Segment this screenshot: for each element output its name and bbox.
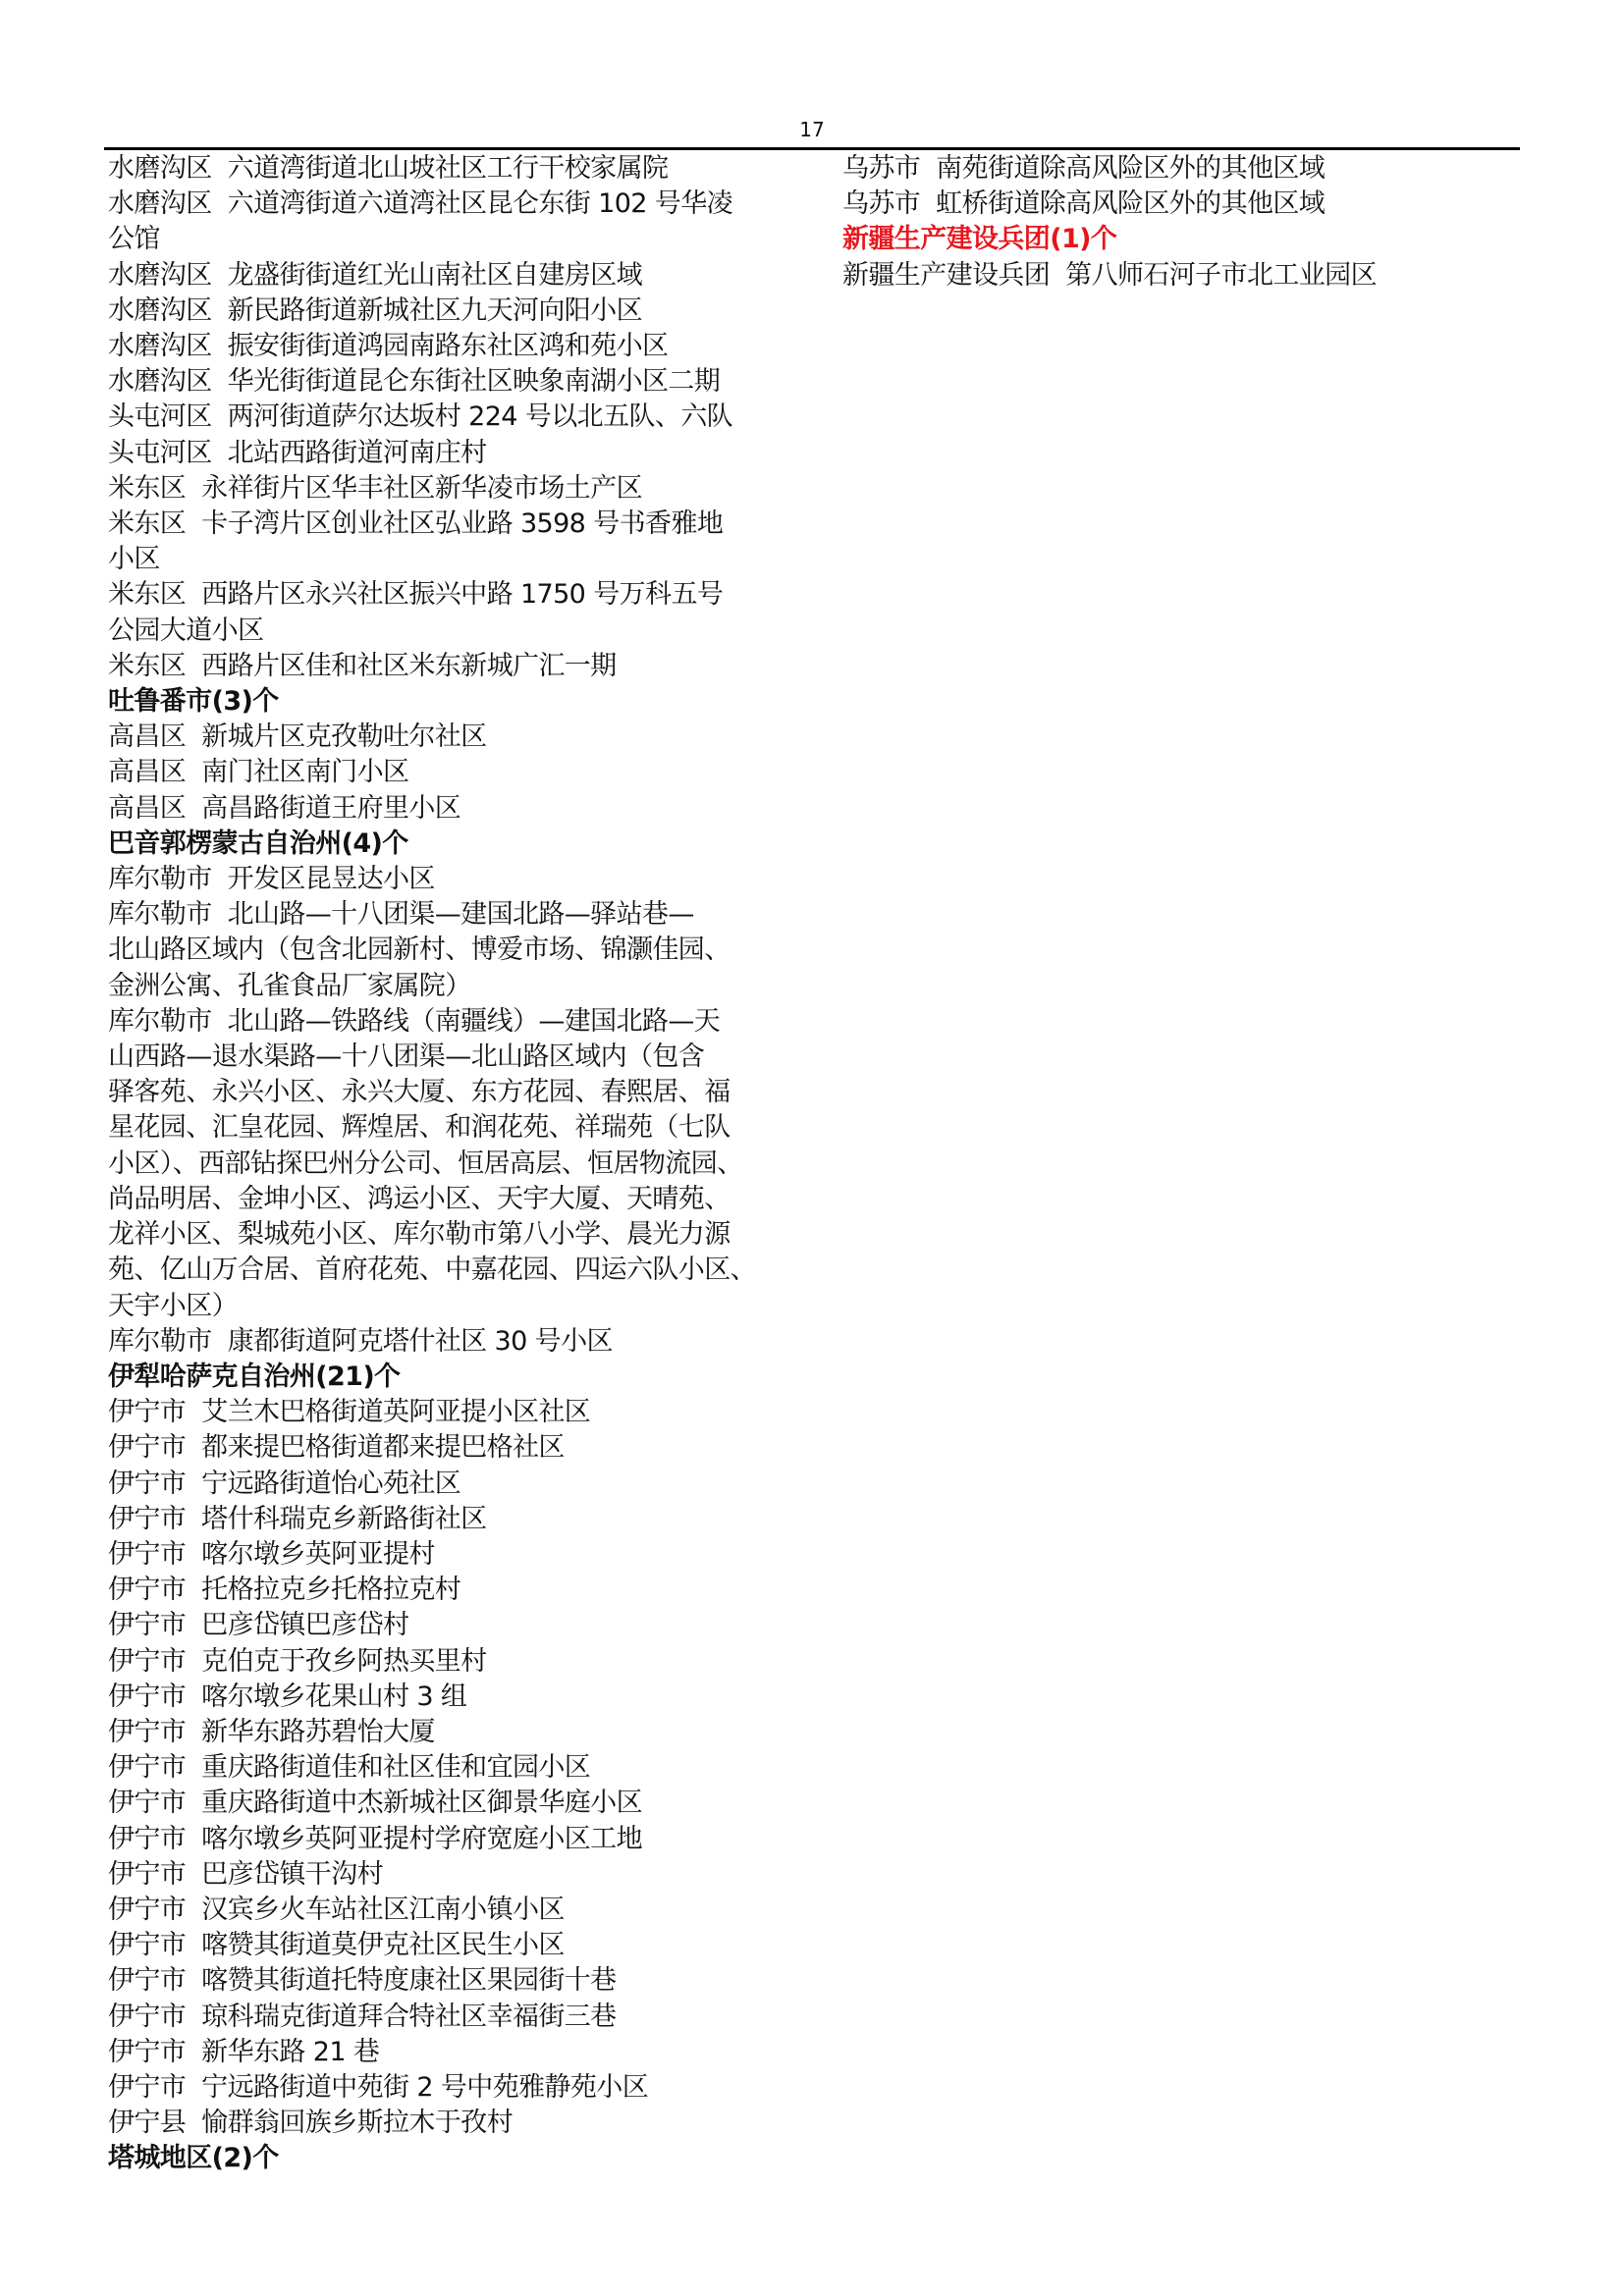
list-item: 水磨沟区 新民路街道新城社区九天河向阳小区 [108, 294, 795, 329]
list-item: 公园大道小区 [108, 614, 795, 649]
list-item: 库尔勒市 北山路—十八团渠—建国北路—驿站巷— [108, 897, 795, 933]
list-item: 米东区 永祥街片区华丰社区新华凌市场土产区 [108, 471, 795, 507]
list-item: 伊宁市 喀尔墩乡英阿亚提村 [108, 1537, 795, 1573]
list-item: 小区 [108, 542, 795, 577]
list-item: 水磨沟区 振安街街道鸿园南路东社区鸿和苑小区 [108, 329, 795, 364]
list-item: 高昌区 新城片区克孜勒吐尔社区 [108, 720, 795, 755]
list-item: 乌苏市 南苑街道除高风险区外的其他区域 [842, 151, 1530, 187]
list-item: 高昌区 南门社区南门小区 [108, 755, 795, 790]
list-item: 米东区 西路片区佳和社区米东新城广汇一期 [108, 649, 795, 684]
list-item: 水磨沟区 六道湾街道北山坡社区工行干校家属院 [108, 151, 795, 187]
list-item: 伊宁市 巴彦岱镇干沟村 [108, 1857, 795, 1893]
list-item: 伊宁市 新华东路苏碧怡大厦 [108, 1715, 795, 1750]
list-item: 伊宁市 重庆路街道中杰新城社区御景华庭小区 [108, 1786, 795, 1821]
left-column: 水磨沟区 六道湾街道北山坡社区工行干校家属院水磨沟区 六道湾街道六道湾社区昆仑东… [108, 151, 795, 2177]
list-item: 新疆生产建设兵团 第八师石河子市北工业园区 [842, 258, 1530, 294]
section-heading: 巴音郭楞蒙古自治州(4)个 [108, 827, 795, 862]
list-item: 库尔勒市 北山路—铁路线（南疆线）—建国北路—天 [108, 1004, 795, 1040]
list-item: 米东区 卡子湾片区创业社区弘业路 3598 号书香雅地 [108, 507, 795, 542]
list-item: 伊宁市 喀尔墩乡英阿亚提村学府宽庭小区工地 [108, 1822, 795, 1857]
list-item: 伊宁市 新华东路 21 巷 [108, 2035, 795, 2070]
list-item: 伊宁市 宁远路街道中苑街 2 号中苑雅静苑小区 [108, 2070, 795, 2106]
list-item: 伊宁市 重庆路街道佳和社区佳和宜园小区 [108, 1750, 795, 1786]
list-item: 小区）、西部钻探巴州分公司、恒居高层、恒居物流园、 [108, 1147, 795, 1182]
list-item: 伊宁市 都来提巴格街道都来提巴格社区 [108, 1430, 795, 1466]
list-item: 头屯河区 北站西路街道河南庄村 [108, 436, 795, 471]
list-item: 伊宁市 艾兰木巴格街道英阿亚提小区社区 [108, 1395, 795, 1430]
list-item: 伊宁县 愉群翁回族乡斯拉木于孜村 [108, 2106, 795, 2141]
list-item: 伊宁市 喀尔墩乡花果山村 3 组 [108, 1680, 795, 1715]
list-item: 乌苏市 虹桥街道除高风险区外的其他区域 [842, 187, 1530, 222]
list-item: 山西路—退水渠路—十八团渠—北山路区域内（包含 [108, 1040, 795, 1075]
section-heading: 伊犁哈萨克自治州(21)个 [108, 1360, 795, 1395]
list-item: 金洲公寓、孔雀食品厂家属院） [108, 969, 795, 1004]
list-item: 库尔勒市 康都街道阿克塔什社区 30 号小区 [108, 1324, 795, 1360]
list-item: 星花园、汇皇花园、辉煌居、和润花苑、祥瑞苑（七队 [108, 1110, 795, 1146]
list-item: 北山路区域内（包含北园新村、博爱市场、锦灏佳园、 [108, 933, 795, 968]
list-item: 天宇小区） [108, 1289, 795, 1324]
list-item: 伊宁市 宁远路街道怡心苑社区 [108, 1467, 795, 1502]
list-item: 驿客苑、永兴小区、永兴大厦、东方花园、春熙居、福 [108, 1075, 795, 1110]
list-item: 库尔勒市 开发区昆昱达小区 [108, 862, 795, 897]
list-item: 伊宁市 巴彦岱镇巴彦岱村 [108, 1608, 795, 1643]
list-item: 龙祥小区、梨城苑小区、库尔勒市第八小学、晨光力源 [108, 1217, 795, 1253]
list-item: 伊宁市 喀赞其街道托特度康社区果园街十巷 [108, 1963, 795, 1999]
section-heading: 塔城地区(2)个 [108, 2141, 795, 2176]
list-item: 伊宁市 托格拉克乡托格拉克村 [108, 1573, 795, 1608]
header-rule [104, 147, 1520, 150]
list-item: 水磨沟区 龙盛街街道红光山南社区自建房区域 [108, 258, 795, 294]
list-item: 水磨沟区 六道湾街道六道湾社区昆仑东街 102 号华凌 [108, 187, 795, 222]
list-item: 伊宁市 克伯克于孜乡阿热买里村 [108, 1644, 795, 1680]
list-item: 米东区 西路片区永兴社区振兴中路 1750 号万科五号 [108, 577, 795, 613]
list-item: 伊宁市 塔什科瑞克乡新路街社区 [108, 1502, 795, 1537]
page-number: 17 [0, 118, 1624, 141]
section-heading: 吐鲁番市(3)个 [108, 684, 795, 720]
list-item: 水磨沟区 华光街街道昆仑东街社区映象南湖小区二期 [108, 364, 795, 400]
list-item: 公馆 [108, 222, 795, 257]
list-item: 头屯河区 两河街道萨尔达坂村 224 号以北五队、六队 [108, 400, 795, 435]
right-column: 乌苏市 南苑街道除高风险区外的其他区域乌苏市 虹桥街道除高风险区外的其他区域新疆… [842, 151, 1530, 294]
list-item: 高昌区 高昌路街道王府里小区 [108, 791, 795, 827]
list-item: 伊宁市 汉宾乡火车站社区江南小镇小区 [108, 1893, 795, 1928]
list-item: 苑、亿山万合居、首府花苑、中嘉花园、四运六队小区、 [108, 1253, 795, 1288]
section-heading: 新疆生产建设兵团(1)个 [842, 222, 1530, 257]
list-item: 伊宁市 喀赞其街道莫伊克社区民生小区 [108, 1928, 795, 1963]
list-item: 尚品明居、金坤小区、鸿运小区、天宇大厦、天晴苑、 [108, 1182, 795, 1217]
list-item: 伊宁市 琼科瑞克街道拜合特社区幸福街三巷 [108, 2000, 795, 2035]
